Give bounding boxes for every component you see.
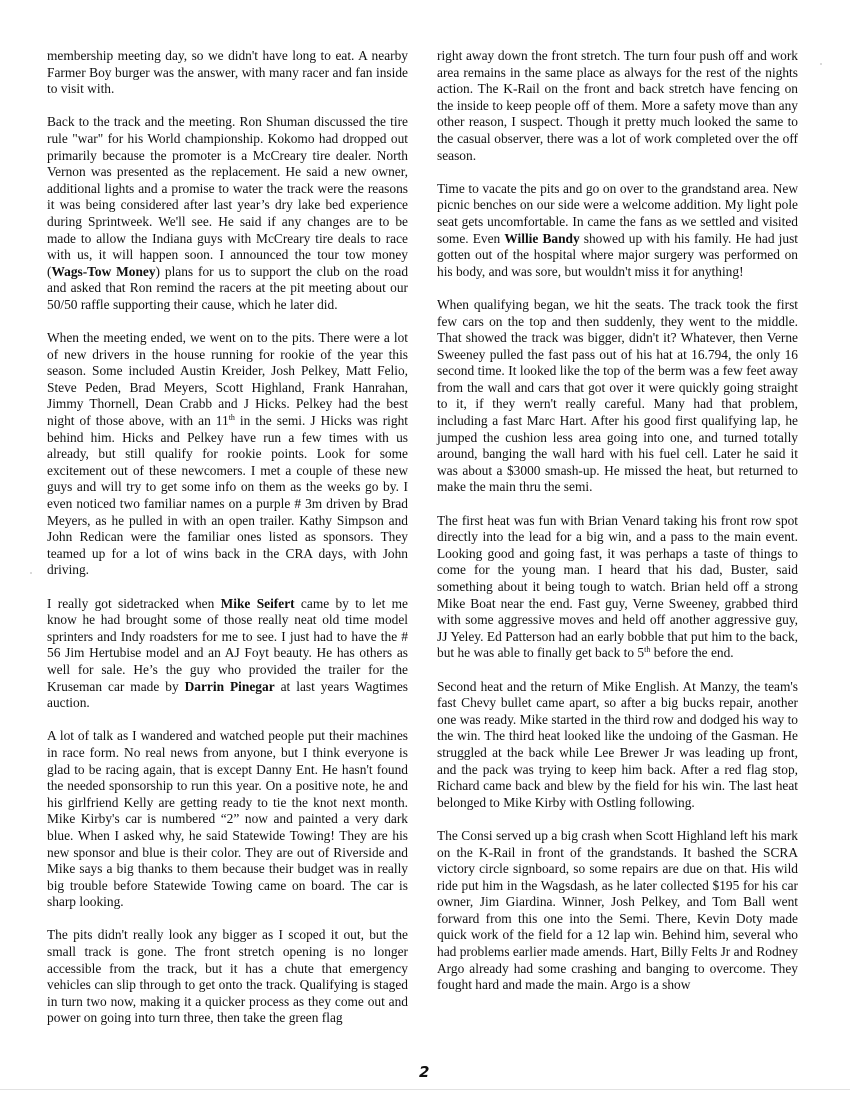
- paragraph-race-form: A lot of talk as I wandered and watched …: [47, 728, 408, 911]
- scan-speck: [30, 572, 32, 574]
- paragraph-front-stretch: right away down the front stretch. The t…: [437, 48, 798, 164]
- paragraph-pits: The pits didn't really look any bigger a…: [47, 927, 408, 1027]
- bold-wags-tow-money: Wags-Tow Money: [51, 264, 155, 279]
- paragraph-lunch: membership meeting day, so we didn't hav…: [47, 48, 408, 98]
- bold-willie-bandy: Willie Bandy: [504, 231, 579, 246]
- page-number: 2: [419, 1063, 429, 1081]
- left-column: membership meeting day, so we didn't hav…: [47, 48, 408, 1044]
- scan-edge-line: [0, 1089, 850, 1090]
- paragraph-first-heat: The first heat was fun with Brian Venard…: [437, 513, 798, 662]
- scan-speck: [820, 63, 822, 65]
- right-column: right away down the front stretch. The t…: [437, 48, 798, 1010]
- bold-mike-seifert: Mike Seifert: [221, 596, 295, 611]
- paragraph-consi: The Consi served up a big crash when Sco…: [437, 828, 798, 994]
- paragraph-meeting: Back to the track and the meeting. Ron S…: [47, 114, 408, 313]
- paragraph-new-drivers: When the meeting ended, we went on to th…: [47, 330, 408, 579]
- paragraph-grandstand: Time to vacate the pits and go on over t…: [437, 181, 798, 281]
- paragraph-model-cars: I really got sidetracked when Mike Seife…: [47, 596, 408, 712]
- paragraph-qualifying: When qualifying began, we hit the seats.…: [437, 297, 798, 496]
- document-page: membership meeting day, so we didn't hav…: [0, 0, 850, 1100]
- bold-darrin-pinegar: Darrin Pinegar: [185, 679, 275, 694]
- paragraph-second-heat: Second heat and the return of Mike Engli…: [437, 679, 798, 812]
